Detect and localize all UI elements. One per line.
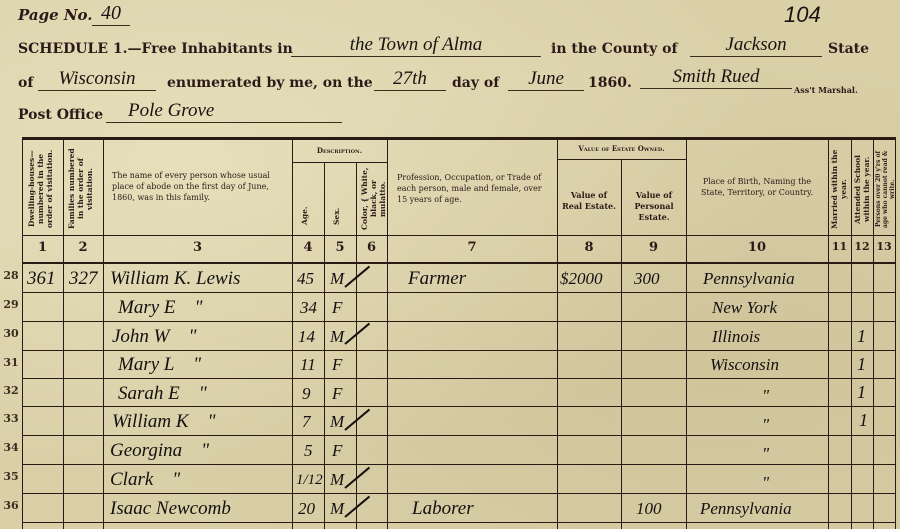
year-label: 1860. — [588, 75, 632, 91]
person-name: William K. Lewis — [110, 265, 240, 293]
person-name: William K " — [112, 408, 216, 436]
line-number: 31 — [2, 356, 20, 369]
col-divider — [828, 140, 829, 529]
col3-header: The name of every person whose usual pla… — [112, 170, 282, 203]
birthplace: New York — [712, 294, 777, 322]
checkmark-icon — [344, 409, 370, 431]
sex: F — [332, 351, 342, 379]
col-divider — [621, 160, 622, 529]
table-top-rule — [22, 137, 896, 140]
checkmark-icon — [344, 323, 370, 345]
col-divider — [356, 163, 357, 529]
attended-school-mark: 1 — [857, 382, 866, 403]
personal-estate-value: 300 — [634, 265, 660, 293]
enumerated-label: enumerated by me, on the — [167, 75, 373, 91]
sex: M — [330, 495, 344, 523]
person-name: Georgina " — [110, 437, 209, 465]
state-field: Wisconsin — [38, 68, 156, 91]
col-number: 10 — [686, 240, 828, 255]
col-divider — [63, 140, 64, 529]
col2-header: Families numbered in the order of visita… — [67, 146, 99, 232]
col-number: 12 — [851, 240, 873, 253]
birthplace-ditto: " — [762, 382, 769, 410]
day-of-label: day of — [452, 75, 499, 91]
post-office-label: Post Office — [18, 107, 103, 123]
real-estate-value: $2000 — [560, 265, 603, 293]
line-number: 35 — [2, 470, 20, 483]
occupation: Farmer — [408, 265, 466, 293]
family-number: 327 — [69, 265, 98, 293]
col6-header: Color, { White, black, or mulatto. — [360, 166, 384, 232]
person-name: Isaac Newcomb — [110, 495, 231, 523]
birthplace: Pennsylvania — [703, 265, 795, 293]
birthplace-ditto: " — [762, 469, 769, 497]
col9-header: Value of Personal Estate. — [624, 190, 684, 223]
col-number: 4 — [292, 240, 324, 255]
col10-header: Place of Birth, Naming the State, Territ… — [692, 176, 822, 198]
age: 34 — [300, 294, 317, 322]
col-number: 5 — [324, 240, 356, 255]
header-bottom-rule — [22, 235, 896, 236]
col-number: 7 — [387, 240, 557, 255]
sheet-number: 104 — [784, 2, 821, 28]
col5-header: Sex. — [332, 200, 350, 232]
sex: F — [332, 437, 342, 465]
county-label: in the County of — [551, 41, 677, 57]
age: 14 — [298, 323, 315, 351]
age: 5 — [304, 437, 313, 465]
age: 11 — [300, 351, 316, 379]
estate-underline — [557, 159, 686, 160]
col-divider — [103, 140, 104, 529]
description-group-header: Description. — [292, 146, 387, 155]
attended-school-mark: 1 — [857, 326, 866, 347]
col-number: 6 — [356, 240, 387, 255]
line-number: 36 — [2, 499, 20, 512]
checkmark-icon — [344, 467, 370, 489]
person-name: Mary L " — [118, 351, 201, 379]
sex: F — [332, 294, 342, 322]
line-number: 29 — [2, 298, 20, 311]
col-divider — [873, 140, 874, 529]
line-number: 30 — [2, 327, 20, 340]
birthplace: Wisconsin — [710, 351, 779, 379]
attended-school-mark: 1 — [857, 354, 866, 375]
col-divider — [324, 163, 325, 529]
sex: F — [332, 380, 342, 408]
occupation: Laborer — [412, 495, 474, 523]
number-row-bottom-rule — [22, 262, 896, 264]
sex: M — [330, 265, 344, 293]
col11-header: Married within the year. — [830, 146, 849, 232]
line-number: 28 — [2, 269, 20, 282]
marshal-signature: Smith Rued — [640, 66, 792, 89]
col-number: 1 — [22, 240, 63, 255]
col-divider — [557, 140, 558, 529]
of-label: of — [18, 75, 33, 91]
person-name: Clark " — [110, 466, 180, 494]
age: 1/12 — [296, 466, 323, 494]
page-number-value: 40 — [92, 2, 130, 26]
age: 45 — [297, 265, 314, 293]
sex: M — [330, 323, 344, 351]
col-number: 9 — [621, 240, 686, 255]
description-underline — [292, 162, 387, 163]
dwelling-number: 361 — [27, 265, 56, 293]
sex: M — [330, 466, 344, 494]
birthplace-ditto: " — [762, 440, 769, 468]
county-field: Jackson — [690, 34, 822, 57]
birthplace-ditto: " — [762, 411, 769, 439]
checkmark-icon — [344, 266, 370, 288]
age: 9 — [302, 380, 311, 408]
place-field: the Town of Alma — [291, 34, 541, 57]
month-field: June — [508, 68, 584, 91]
col12-header: Attended School within the year. — [853, 146, 872, 232]
attended-school-mark: 1 — [859, 410, 868, 431]
age: 7 — [302, 408, 311, 436]
col-number: 13 — [873, 240, 895, 253]
estate-group-header: Value of Estate Owned. — [557, 144, 686, 153]
personal-estate-value: 100 — [636, 495, 662, 523]
col-divider — [292, 140, 293, 529]
col-divider — [22, 140, 23, 529]
checkmark-icon — [344, 496, 370, 518]
line-number: 32 — [2, 384, 20, 397]
col-number: 11 — [828, 240, 851, 253]
line-number: 33 — [2, 412, 20, 425]
col1-header: Dwelling-houses—numbered in the order of… — [27, 146, 59, 232]
person-name: Mary E " — [118, 294, 203, 322]
age: 20 — [298, 495, 315, 523]
col-divider — [851, 140, 852, 529]
col-divider — [387, 140, 388, 529]
col8-header: Value of Real Estate. — [560, 190, 618, 212]
state-label: State — [828, 41, 869, 57]
col-number: 3 — [103, 240, 292, 255]
birthplace: Illinois — [712, 323, 760, 351]
sex: M — [330, 408, 344, 436]
col4-header: Age. — [300, 200, 318, 232]
col-number: 8 — [557, 240, 621, 255]
person-name: Sarah E " — [118, 380, 207, 408]
col7-header: Profession, Occupation, or Trade of each… — [397, 172, 552, 205]
page-number-label: Page No. — [18, 6, 93, 24]
marshal-label: Ass't Marshal. — [794, 85, 858, 95]
day-field: 27th — [374, 68, 446, 91]
schedule-label: SCHEDULE 1.—Free Inhabitants in — [18, 41, 293, 57]
birthplace: Pennsylvania — [700, 495, 792, 523]
col-divider — [686, 140, 687, 529]
person-name: John W " — [112, 323, 197, 351]
line-number: 34 — [2, 441, 20, 454]
col13-header: Persons over 20 y'rs of age who cannot r… — [875, 146, 894, 232]
col-number: 2 — [63, 240, 103, 255]
post-office-field: Pole Grove — [106, 100, 342, 123]
